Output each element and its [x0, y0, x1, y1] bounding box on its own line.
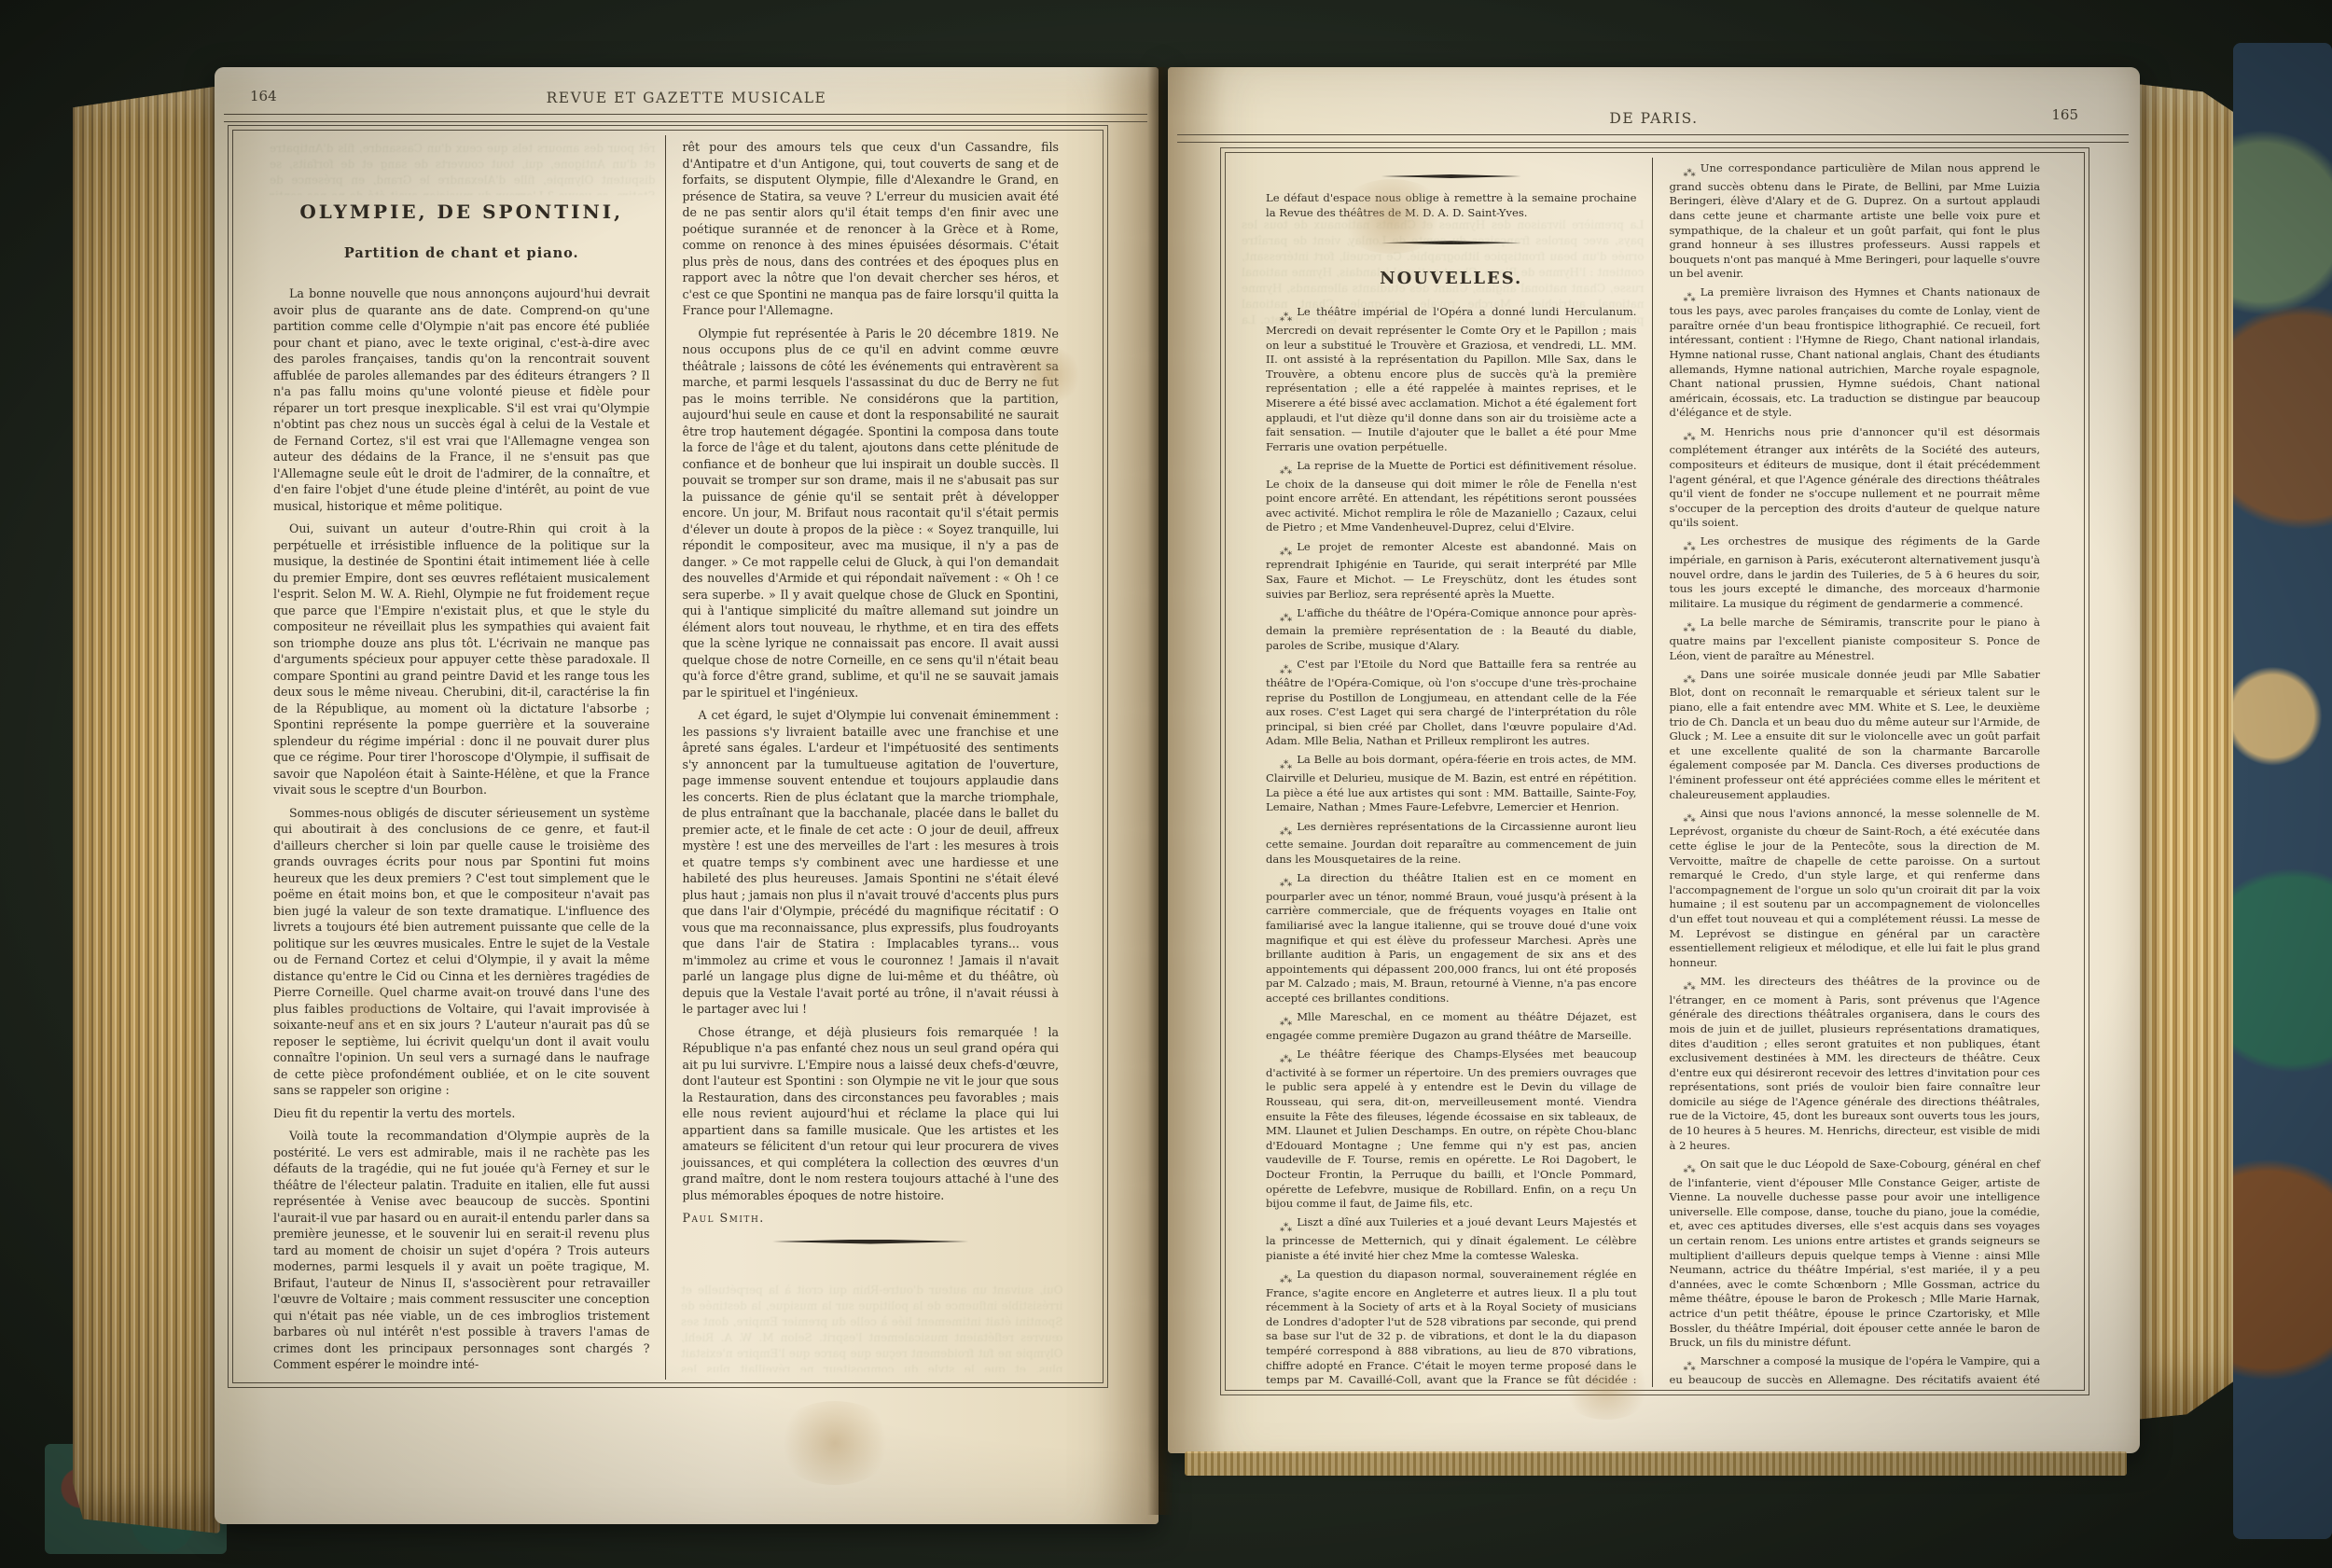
right-column-1: Le défaut d'espace nous oblige à remettr… [1234, 158, 1653, 1387]
left-text-frame: rêt pour des amours tels que ceux d'un C… [228, 125, 1108, 1388]
article-title: OLYMPIE, DE SPONTINI, [273, 201, 650, 223]
news-item: ** *Le théâtre féerique des Champs-Elysé… [1266, 1048, 1637, 1212]
asterism-mark: ** * [1280, 1226, 1292, 1234]
asterism-mark: ** * [1684, 678, 1696, 687]
end-of-article-divider [772, 1240, 968, 1244]
left-column-2: rêt pour des amours tels que ceux d'un C… [666, 135, 1095, 1380]
marbled-cover [2233, 43, 2332, 1539]
bottom-page-edges [1185, 1451, 2127, 1476]
right-page: 165 DE PARIS. Le défaut d'espace nous ob… [1168, 67, 2140, 1453]
asterism-mark: ** * [1280, 1278, 1292, 1286]
news-item: ** *MM. les directeurs des théâtres de l… [1670, 975, 2041, 1153]
asterism-mark: ** * [1684, 1168, 1696, 1176]
news-item: ** *La direction du théâtre Italien est … [1266, 871, 1637, 1006]
left-columns: rêt pour des amours tels que ceux d'un C… [242, 135, 1094, 1380]
news-item: ** *L'affiche du théâtre de l'Opéra-Comi… [1266, 606, 1637, 654]
article-col2-paragraphs: rêt pour des amours tels que ceux d'un C… [683, 139, 1060, 1203]
asterism-mark: ** * [1684, 817, 1696, 826]
article-paragraph: Chose étrange, et déjà plusieurs fois re… [683, 1024, 1060, 1204]
asterism-mark: ** * [1684, 545, 1696, 553]
asterism-mark: ** * [1684, 436, 1696, 444]
article-paragraph: Sommes-nous obligés de discuter sérieuse… [273, 805, 650, 1099]
asterism-mark: ** * [1280, 1020, 1292, 1029]
left-header-rules [224, 114, 1147, 122]
article-paragraph: Voilà toute la recommandation d'Olympie … [273, 1128, 650, 1373]
news-item: ** *Les orchestres de musique des régime… [1670, 534, 2041, 611]
article-col1-paragraphs-after: Voilà toute la recommandation d'Olympie … [273, 1128, 650, 1373]
asterism-mark: ** * [1280, 617, 1292, 625]
article-col1-paragraphs: La bonne nouvelle que nous annonçons auj… [273, 285, 650, 1099]
news-item: ** *La belle marche de Sémiramis, transc… [1670, 616, 2041, 663]
right-running-title: DE PARIS. [1168, 110, 2140, 127]
bleed-through-text: Oui, suivant un auteur d'outre-Rhin qui … [681, 1283, 1063, 1372]
asterism-mark: ** * [1280, 830, 1292, 839]
asterism-mark: ** * [1280, 550, 1292, 559]
article-paragraph: Oui, suivant un auteur d'outre-Rhin qui … [273, 520, 650, 798]
news-section-title: NOUVELLES. [1266, 269, 1637, 288]
right-header-rules [1177, 134, 2129, 143]
news-item: ** *On sait que le duc Léopold de Saxe-C… [1670, 1158, 2041, 1351]
asterism-mark: ** * [1280, 881, 1292, 890]
asterism-mark: ** * [1684, 626, 1696, 634]
author-signature: Paul Smith. [683, 1210, 1060, 1227]
foxing-spot [774, 1401, 895, 1485]
news-item: ** *Liszt a dîné aux Tuileries et a joué… [1266, 1215, 1637, 1263]
news-item: ** *Le projet de remonter Alceste est ab… [1266, 540, 1637, 603]
asterism-mark: ** * [1684, 172, 1696, 180]
news-item: ** *La première livraison des Hymnes et … [1670, 285, 2041, 421]
left-page: 164 REVUE ET GAZETTE MUSICALE rêt pour d… [215, 67, 1159, 1524]
news-item: ** *Les dernières représentations de la … [1266, 820, 1637, 867]
article-subtitle: Partition de chant et piano. [273, 245, 650, 261]
left-column-1: rêt pour des amours tels que ceux d'un C… [242, 135, 666, 1380]
editorial-notice: Le défaut d'espace nous oblige à remettr… [1266, 191, 1637, 220]
article-paragraph: rêt pour des amours tels que ceux d'un C… [683, 139, 1060, 319]
left-running-title: REVUE ET GAZETTE MUSICALE [215, 90, 1159, 106]
news-item: ** *Une correspondance particulière de M… [1670, 161, 2041, 282]
article-paragraph: Olympie fut représentée à Paris le 20 dé… [683, 326, 1060, 701]
article-paragraph: A cet égard, le sujet d'Olympie lui conv… [683, 707, 1060, 1018]
book-photo: 164 REVUE ET GAZETTE MUSICALE rêt pour d… [0, 0, 2332, 1568]
news-item: ** *Dans une soirée musicale donnée jeud… [1670, 668, 2041, 803]
news-item: ** *Mlle Mareschal, en ce moment au théâ… [1266, 1010, 1637, 1043]
news-item: ** *La Belle au bois dormant, opéra-féer… [1266, 753, 1637, 815]
news-item: ** *La reprise de la Muette de Portici e… [1266, 459, 1637, 535]
article-paragraph: La bonne nouvelle que nous annonçons auj… [273, 285, 650, 514]
asterism-mark: ** * [1280, 668, 1292, 676]
right-text-frame: Le défaut d'espace nous oblige à remettr… [1220, 147, 2089, 1395]
asterism-mark: ** * [1684, 985, 1696, 993]
news-item: ** *M. Henrichs nous prie d'annoncer qu'… [1670, 425, 2041, 531]
news-item: ** *Le théâtre impérial de l'Opéra a don… [1266, 305, 1637, 454]
asterism-mark: ** * [1684, 296, 1696, 304]
section-divider [1381, 241, 1521, 244]
right-columns: Le défaut d'espace nous oblige à remettr… [1234, 158, 2075, 1387]
news-item: ** *La question du diapason normal, souv… [1266, 1268, 1637, 1387]
news-item: ** *Marschner a composé la musique de l'… [1670, 1354, 2041, 1387]
bleed-through-text: rêt pour des amours tels que ceux d'un C… [270, 141, 656, 195]
asterism-mark: ** * [1684, 1365, 1696, 1373]
right-column-2: ** *Une correspondance particulière de M… [1653, 158, 2076, 1387]
asterism-mark: ** * [1280, 763, 1292, 771]
asterism-mark: ** * [1280, 1058, 1292, 1066]
news-items-col2: ** *Une correspondance particulière de M… [1670, 161, 2041, 1387]
left-page-edges [73, 86, 220, 1533]
asterism-mark: ** * [1280, 469, 1292, 478]
news-item: ** *C'est par l'Etoile du Nord que Batta… [1266, 658, 1637, 749]
news-item: ** *Ainsi que nous l'avions annoncé, la … [1670, 807, 2041, 971]
section-divider [1381, 174, 1521, 178]
news-items-col1: ** *Le théâtre impérial de l'Opéra a don… [1266, 305, 1637, 1387]
quoted-verse: Dieu fit du repentir la vertu des mortel… [273, 1105, 650, 1122]
asterism-mark: ** * [1280, 315, 1292, 324]
